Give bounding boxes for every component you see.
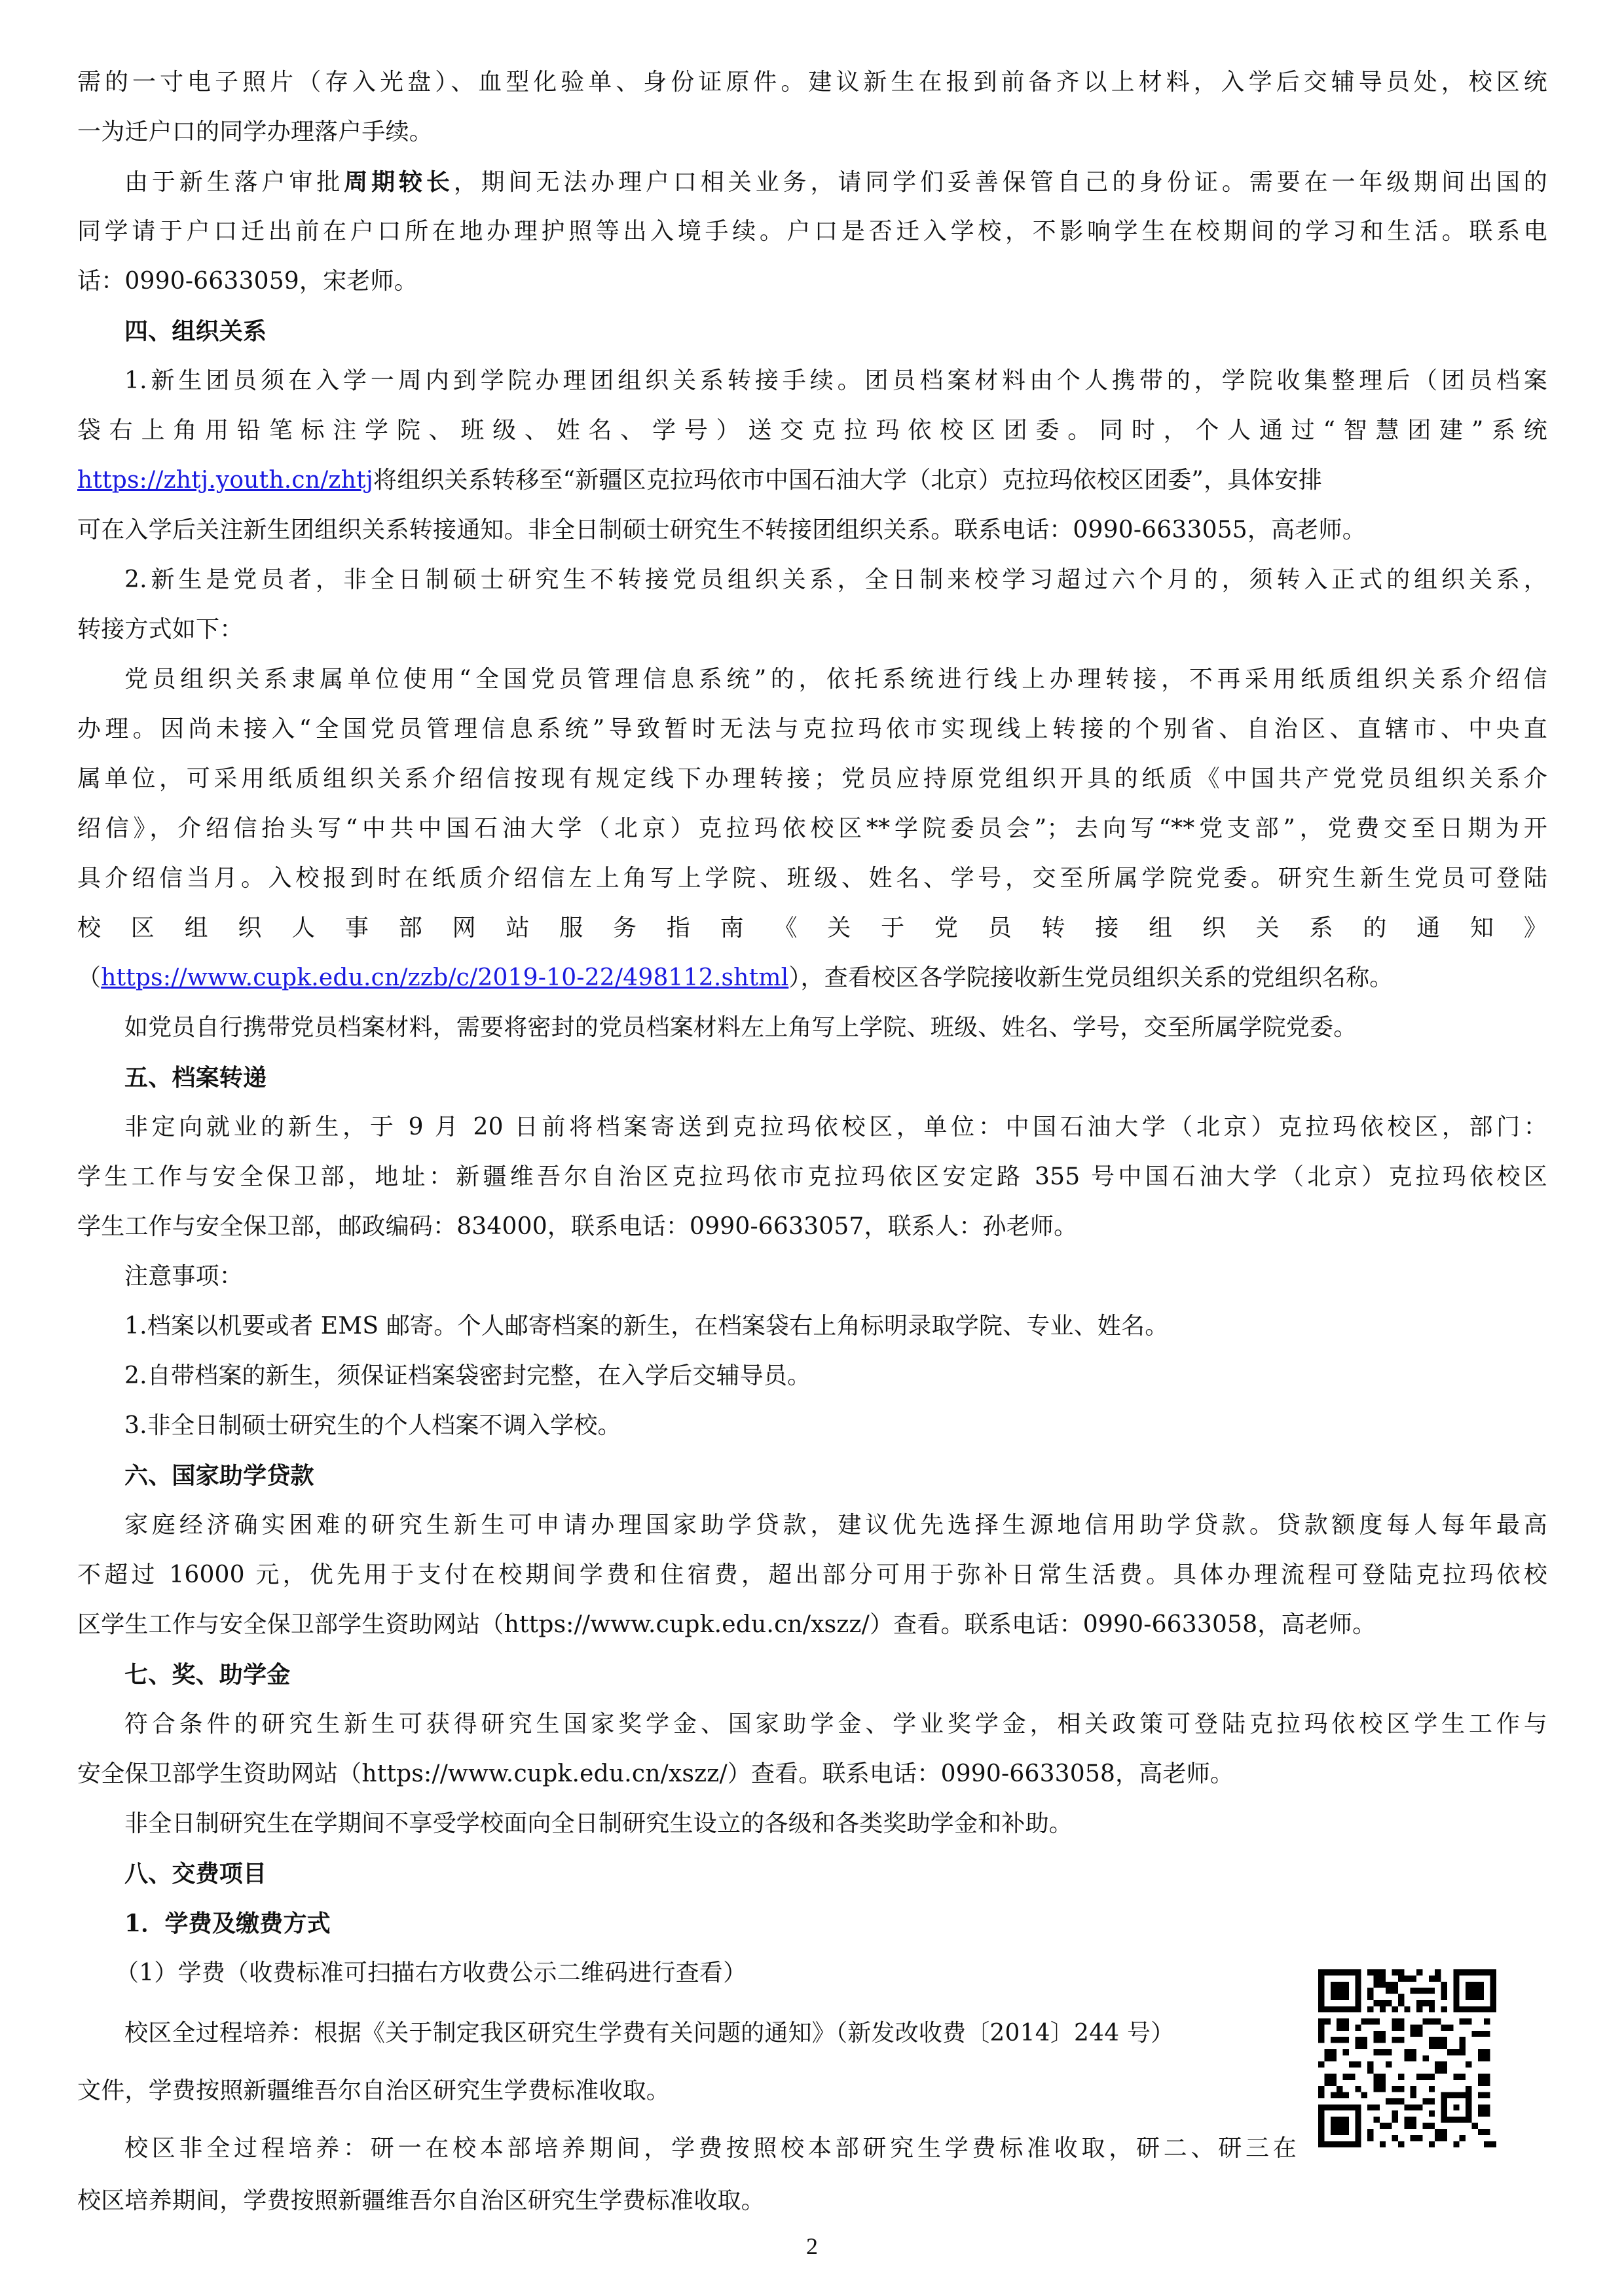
body-text: ，期间无法办理户口相关业务，请同学们妥善保管自己的身份证。需要在一年级期间出国的 bbox=[454, 169, 1547, 196]
body-text: （ bbox=[77, 964, 101, 991]
section-heading-7: 七、奖、助学金 bbox=[124, 1660, 1547, 1689]
page-number: 2 bbox=[0, 2232, 1624, 2260]
body-line: 由于新生落户审批周期较长，期间无法办理户口相关业务，请同学们妥善保管自己的身份证… bbox=[124, 168, 1547, 197]
body-line: https://zhtj.youth.cn/zhtj将组织关系转移至“新疆区克拉… bbox=[77, 466, 1547, 495]
body-line: （https://www.cupk.edu.cn/zzb/c/2019-10-2… bbox=[77, 964, 1547, 993]
body-text: 将组织关系转移至“新疆区克拉玛依市中国石油大学（北京）克拉玛依校区团委”，具体安… bbox=[373, 467, 1322, 494]
body-line: 1.新生团员须在入学一周内到学院办理团组织关系转接手续。团员档案材料由个人携带的… bbox=[124, 367, 1547, 395]
body-line: 安全保卫部学生资助网站（https://www.cupk.edu.cn/xszz… bbox=[77, 1760, 1547, 1789]
body-line: 办理。因尚未接入“全国党员管理信息系统”导致暂时无法与克拉玛依市实现线上转接的个… bbox=[77, 715, 1547, 744]
body-line: 学生工作与安全保卫部，地址：新疆维吾尔自治区克拉玛依市克拉玛依区安定路 355 … bbox=[77, 1163, 1547, 1192]
note-item: 1.档案以机要或者 EMS 邮寄。个人邮寄档案的新生，在档案袋右上角标明录取学院… bbox=[124, 1312, 1547, 1341]
body-line: 如党员自行携带党员档案材料，需要将密封的党员档案材料左上角写上学院、班级、姓名、… bbox=[124, 1013, 1547, 1042]
notes-label: 注意事项： bbox=[124, 1262, 1547, 1291]
body-line: 非定向就业的新生，于 9 月 20 日前将档案寄送到克拉玛依校区，单位：中国石油… bbox=[124, 1113, 1547, 1142]
body-line: 2.新生是党员者，非全日制硕士研究生不转接党员组织关系，全日制来校学习超过六个月… bbox=[124, 566, 1547, 594]
body-text: 由于新生落户审批 bbox=[124, 169, 344, 196]
body-line: 党员组织关系隶属单位使用“全国党员管理信息系统”的，依托系统进行线上办理转接，不… bbox=[124, 665, 1547, 694]
body-line: 文件，学费按照新疆维吾尔自治区研究生学费标准收取。 bbox=[77, 2077, 1289, 2105]
zhtj-link[interactable]: https://zhtj.youth.cn/zhtj bbox=[77, 467, 373, 494]
body-line: 袋右上角用铅笔标注学院、班级、姓名、学号）送交克拉玛依校区团委。同时，个人通过“… bbox=[77, 416, 1547, 445]
fee-qr-code[interactable] bbox=[1318, 1969, 1496, 2147]
qr-code-icon bbox=[1318, 1969, 1496, 2147]
body-line: 具介绍信当月。入校报到时在纸质介绍信左上角写上学院、班级、姓名、学号，交至所属学… bbox=[77, 864, 1547, 893]
bold-emphasis: 周期较长 bbox=[344, 168, 454, 196]
body-line: 校区全过程培养：根据《关于制定我区研究生学费有关问题的通知》（新发改收费〔201… bbox=[124, 2019, 1303, 2048]
body-line: 转接方式如下： bbox=[77, 615, 1547, 644]
party-transfer-link[interactable]: https://www.cupk.edu.cn/zzb/c/2019-10-22… bbox=[101, 964, 788, 991]
section-heading-6: 六、国家助学贷款 bbox=[124, 1461, 1547, 1490]
body-line: 属单位，可采用纸质组织关系介绍信按现有规定线下办理转接；党员应持原党组织开具的纸… bbox=[77, 765, 1547, 793]
body-line: 非全日制研究生在学期间不享受学校面向全日制研究生设立的各级和各类奖助学金和补助。 bbox=[124, 1810, 1547, 1838]
subsection-heading: 1．学费及缴费方式 bbox=[124, 1909, 1547, 1938]
section-heading-5: 五、档案转递 bbox=[124, 1063, 1547, 1092]
section-heading-4: 四、组织关系 bbox=[124, 317, 1547, 346]
body-text: ），查看校区各学院接收新生党员组织关系的党组织名称。 bbox=[788, 964, 1393, 991]
body-line: 同学请于户口迁出前在户口所在地办理护照等出入境手续。户口是否迁入学校，不影响学生… bbox=[77, 217, 1547, 246]
body-line: 家庭经济确实困难的研究生新生可申请办理国家助学贷款，建议优先选择生源地信用助学贷… bbox=[124, 1511, 1547, 1540]
note-item: 3.非全日制硕士研究生的个人档案不调入学校。 bbox=[124, 1412, 1547, 1440]
body-line: 不超过 16000 元，优先用于支付在校期间学费和住宿费，超出部分可用于弥补日常… bbox=[77, 1561, 1547, 1590]
body-line: 符合条件的研究生新生可获得研究生国家奖学金、国家助学金、学业奖学金，相关政策可登… bbox=[124, 1710, 1547, 1739]
body-line: 校区培养期间，学费按照新疆维吾尔自治区研究生学费标准收取。 bbox=[77, 2187, 1289, 2215]
body-line: 校区非全过程培养：研一在校本部培养期间，学费按照校本部研究生学费标准收取，研二、… bbox=[124, 2134, 1297, 2163]
body-line: 区学生工作与安全保卫部学生资助网站（https://www.cupk.edu.c… bbox=[77, 1611, 1547, 1639]
body-line: 可在入学后关注新生团组织关系转接通知。非全日制硕士研究生不转接团组织关系。联系电… bbox=[77, 516, 1547, 545]
body-line: 话：0990-6633059，宋老师。 bbox=[77, 267, 1547, 296]
document-page: 需的一寸电子照片（存入光盘）、血型化验单、身份证原件。建议新生在报到前备齐以上材… bbox=[0, 0, 1624, 2296]
body-line: 需的一寸电子照片（存入光盘）、血型化验单、身份证原件。建议新生在报到前备齐以上材… bbox=[77, 68, 1547, 97]
note-item: 2.自带档案的新生，须保证档案袋密封完整，在入学后交辅导员。 bbox=[124, 1362, 1547, 1391]
body-line: 绍信》，介绍信抬头写“中共中国石油大学（北京）克拉玛依校区**学院委员会”；去向… bbox=[77, 814, 1547, 843]
body-line: 学生工作与安全保卫部，邮政编码：834000，联系电话：0990-6633057… bbox=[77, 1212, 1547, 1241]
section-heading-8: 八、交费项目 bbox=[124, 1859, 1547, 1888]
body-line: 一为迁户口的同学办理落户手续。 bbox=[77, 118, 1547, 147]
body-line: 校区组织人事部网站服务指南《关于党员转接组织关系的通知》 bbox=[77, 914, 1547, 943]
